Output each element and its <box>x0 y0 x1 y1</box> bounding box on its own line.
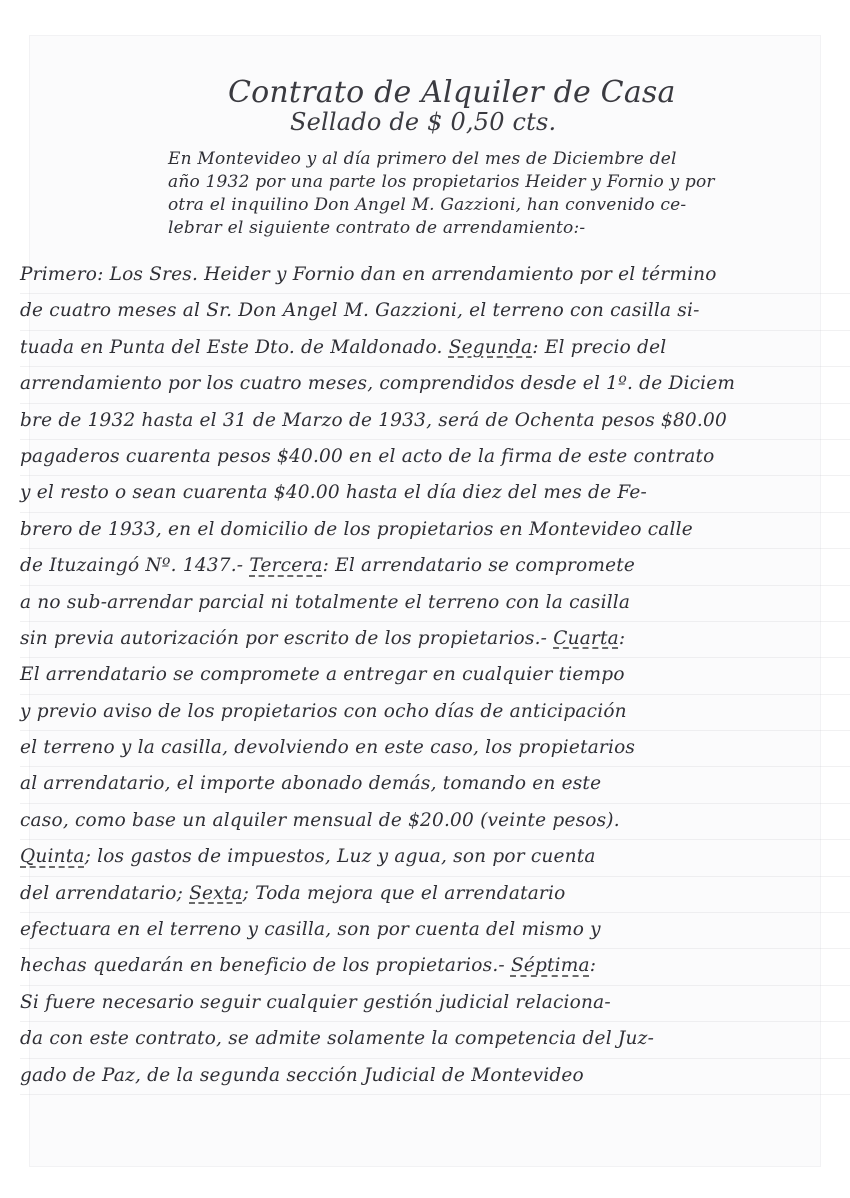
contract-line: bre de 1932 hasta el 31 de Marzo de 1933… <box>20 404 850 440</box>
stamp-duty-note: Sellado de $ 0,50 cts. <box>290 108 556 136</box>
contract-line: arrendamiento por los cuatro meses, comp… <box>20 367 850 403</box>
line-text: efectuara en el terreno y casilla, son p… <box>20 919 601 940</box>
line-text: ; Toda mejora que el arrendatario <box>243 883 566 904</box>
line-text: y previo aviso de los propietarios con o… <box>20 701 627 722</box>
contract-line: de cuatro meses al Sr. Don Angel M. Gazz… <box>20 294 850 330</box>
line-text: : <box>619 628 625 649</box>
line-text: Primero: Los Sres. Heider y Fornio dan e… <box>20 264 717 285</box>
line-text: Si fuere necesario seguir cualquier gest… <box>20 992 611 1013</box>
contract-line: efectuara en el terreno y casilla, son p… <box>20 913 850 949</box>
contract-line: Quinta; los gastos de impuestos, Luz y a… <box>20 840 850 876</box>
contract-line: hechas quedarán en beneficio de los prop… <box>20 949 850 985</box>
document-title: Contrato de Alquiler de Casa <box>228 76 748 110</box>
contract-line: gado de Paz, de la segunda sección Judic… <box>20 1059 850 1095</box>
contract-line: y el resto o sean cuarenta $40.00 hasta … <box>20 476 850 512</box>
contract-line: da con este contrato, se admite solament… <box>20 1022 850 1058</box>
clause-heading: Séptima <box>511 955 590 976</box>
clause-heading: Segunda <box>449 337 533 358</box>
line-text: hechas quedarán en beneficio de los prop… <box>20 955 511 976</box>
clause-heading: Sexta <box>189 883 243 904</box>
preamble-line: En Montevideo y al día primero del mes d… <box>168 148 838 171</box>
contract-line: caso, como base un alquiler mensual de $… <box>20 804 850 840</box>
preamble-line: año 1932 por una parte los propietarios … <box>168 171 838 194</box>
line-text: : <box>590 955 596 976</box>
contract-line: y previo aviso de los propietarios con o… <box>20 695 850 731</box>
line-text: tuada en Punta del Este Dto. de Maldonad… <box>20 337 449 358</box>
line-text: de cuatro meses al Sr. Don Angel M. Gazz… <box>20 300 700 321</box>
clause-heading: Quinta <box>20 846 85 867</box>
contract-clauses: Primero: Los Sres. Heider y Fornio dan e… <box>20 258 850 1095</box>
line-text: da con este contrato, se admite solament… <box>20 1028 654 1049</box>
contract-line: Primero: Los Sres. Heider y Fornio dan e… <box>20 258 850 294</box>
line-text: brero de 1933, en el domicilio de los pr… <box>20 519 693 540</box>
contract-line: de Ituzaingó Nº. 1437.- Tercera: El arre… <box>20 549 850 585</box>
line-text: bre de 1932 hasta el 31 de Marzo de 1933… <box>20 410 727 431</box>
contract-line: sin previa autorización por escrito de l… <box>20 622 850 658</box>
line-text: : El arrendatario se compromete <box>323 555 635 576</box>
contract-line: brero de 1933, en el domicilio de los pr… <box>20 513 850 549</box>
line-text: al arrendatario, el importe abonado demá… <box>20 773 601 794</box>
line-text: : El precio del <box>532 337 666 358</box>
line-text: el terreno y la casilla, devolviendo en … <box>20 737 635 758</box>
contract-line: pagaderos cuarenta pesos $40.00 en el ac… <box>20 440 850 476</box>
contract-line: al arrendatario, el importe abonado demá… <box>20 767 850 803</box>
preamble-line: otra el inquilino Don Angel M. Gazzioni,… <box>168 194 838 217</box>
line-text: del arrendatario; <box>20 883 189 904</box>
preamble-line: lebrar el siguiente contrato de arrendam… <box>168 217 838 240</box>
line-text: ; los gastos de impuestos, Luz y agua, s… <box>85 846 596 867</box>
line-text: caso, como base un alquiler mensual de $… <box>20 810 620 831</box>
contract-line: El arrendatario se compromete a entregar… <box>20 658 850 694</box>
line-text: gado de Paz, de la segunda sección Judic… <box>20 1065 584 1086</box>
clause-heading: Tercera <box>249 555 322 576</box>
contract-line: Si fuere necesario seguir cualquier gest… <box>20 986 850 1022</box>
contract-line: el terreno y la casilla, devolviendo en … <box>20 731 850 767</box>
line-text: a no sub-arrendar parcial ni totalmente … <box>20 592 630 613</box>
line-text: y el resto o sean cuarenta $40.00 hasta … <box>20 482 647 503</box>
clause-heading: Cuarta <box>553 628 619 649</box>
contract-line: tuada en Punta del Este Dto. de Maldonad… <box>20 331 850 367</box>
line-text: pagaderos cuarenta pesos $40.00 en el ac… <box>20 446 714 467</box>
line-text: arrendamiento por los cuatro meses, comp… <box>20 373 735 394</box>
line-text: de Ituzaingó Nº. 1437.- <box>20 555 249 576</box>
line-text: sin previa autorización por escrito de l… <box>20 628 553 649</box>
contract-preamble: En Montevideo y al día primero del mes d… <box>168 148 838 240</box>
line-text: El arrendatario se compromete a entregar… <box>20 664 625 685</box>
contract-line: del arrendatario; Sexta; Toda mejora que… <box>20 877 850 913</box>
contract-line: a no sub-arrendar parcial ni totalmente … <box>20 586 850 622</box>
